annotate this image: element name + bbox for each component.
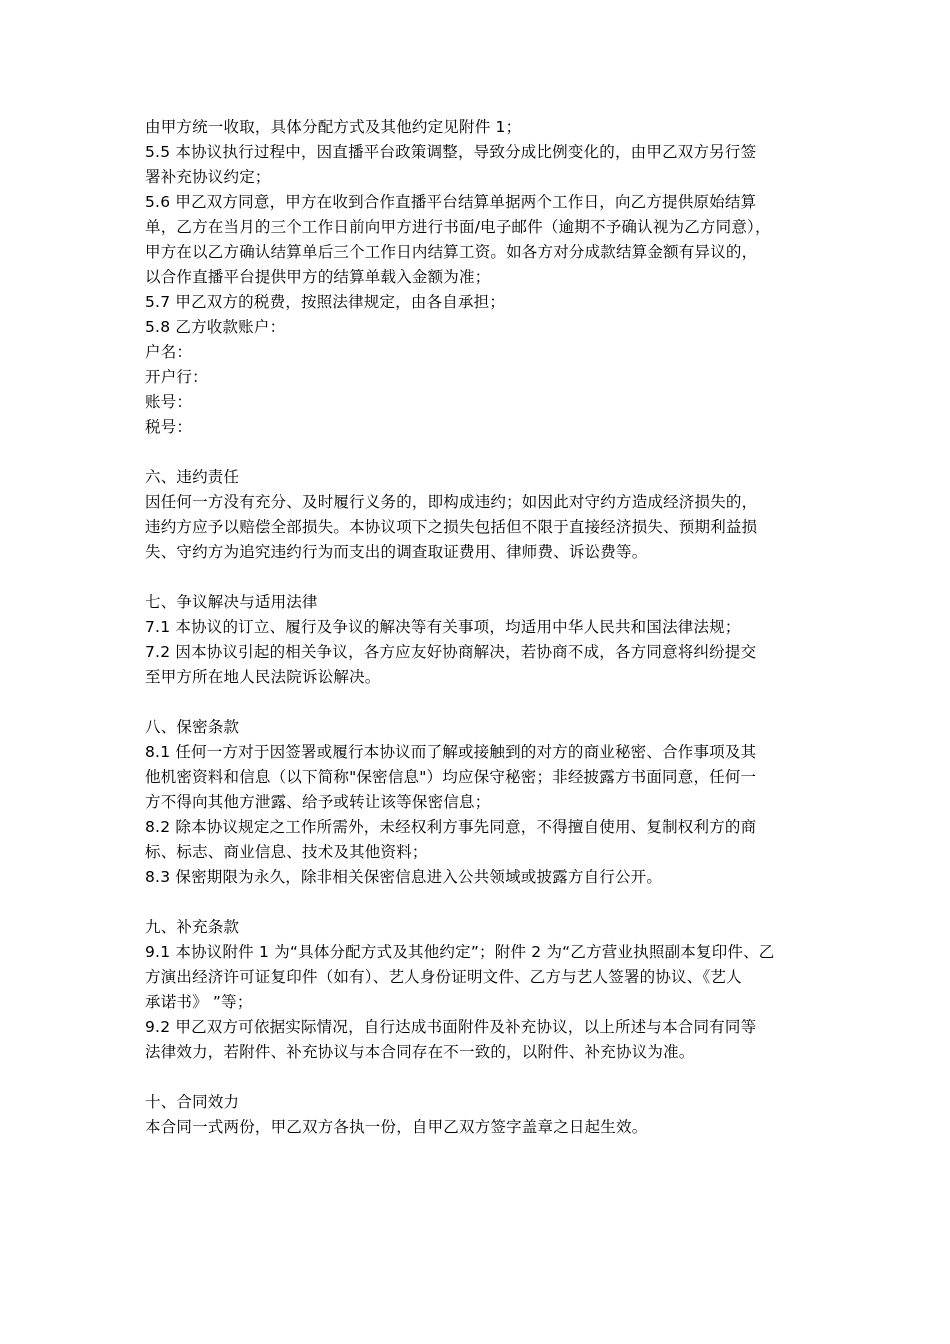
section-6: 六、违约责任 因任何一方没有充分、及时履行义务的，即构成违约；如因此对守约方造成… [145, 465, 825, 565]
account-number-label: 账号： [145, 390, 825, 415]
clause-5-8: 5.8 乙方收款账户： [145, 315, 825, 340]
section-heading: 九、补充条款 [145, 915, 825, 940]
paragraph-line: 违约方应予以赔偿全部损失。本协议项下之损失包括但不限于直接经济损失、预期利益损 [145, 515, 825, 540]
paragraph-line: 方不得向其他方泄露、给予或转让该等保密信息； [145, 790, 825, 815]
spacer [145, 440, 825, 465]
bank-label: 开户行： [145, 365, 825, 390]
spacer [145, 565, 825, 590]
paragraph-line: 他机密资料和信息（以下简称"保密信息"）均应保守秘密；非经披露方书面同意，任何一 [145, 765, 825, 790]
paragraph-line: 因任何一方没有充分、及时履行义务的，即构成违约；如因此对守约方造成经济损失的， [145, 490, 825, 515]
document-page: 由甲方统一收取，具体分配方式及其他约定见附件 1； 5.5 本协议执行过程中，因… [145, 115, 825, 1140]
clause-8-1: 8.1 任何一方对于因签署或履行本协议而了解或接触到的对方的商业秘密、合作事项及… [145, 740, 825, 765]
clause-9-1: 9.1 本协议附件 1 为“具体分配方式及其他约定”；附件 2 为“乙方营业执照… [145, 940, 825, 965]
section-heading: 六、违约责任 [145, 465, 825, 490]
section-heading: 八、保密条款 [145, 715, 825, 740]
section-9: 九、补充条款 9.1 本协议附件 1 为“具体分配方式及其他约定”；附件 2 为… [145, 915, 825, 1065]
paragraph-line: 至甲方所在地人民法院诉讼解决。 [145, 665, 825, 690]
paragraph-line: 单，乙方在当月的三个工作日前向甲方进行书面/电子邮件（逾期不予确认视为乙方同意）… [145, 215, 825, 240]
paragraph-line: 标、标志、商业信息、技术及其他资料； [145, 840, 825, 865]
clause-5-5: 5.5 本协议执行过程中，因直播平台政策调整，导致分成比例变化的，由甲乙双方另行… [145, 140, 825, 165]
section-7: 七、争议解决与适用法律 7.1 本协议的订立、履行及争议的解决等有关事项，均适用… [145, 590, 825, 690]
clause-9-2: 9.2 甲乙双方可依据实际情况，自行达成书面附件及补充协议，以上所述与本合同有同… [145, 1015, 825, 1040]
account-name-label: 户名： [145, 340, 825, 365]
clause-8-2: 8.2 除本协议规定之工作所需外，未经权利方事先同意，不得擅自使用、复制权利方的… [145, 815, 825, 840]
section-10: 十、合同效力 本合同一式两份，甲乙双方各执一份，自甲乙双方签字盖章之日起生效。 [145, 1090, 825, 1140]
paragraph-line: 以合作直播平台提供甲方的结算单载入金额为准； [145, 265, 825, 290]
section-heading: 十、合同效力 [145, 1090, 825, 1115]
section-5-continued: 由甲方统一收取，具体分配方式及其他约定见附件 1； 5.5 本协议执行过程中，因… [145, 115, 825, 440]
section-heading: 七、争议解决与适用法律 [145, 590, 825, 615]
spacer [145, 890, 825, 915]
clause-5-6: 5.6 甲乙双方同意，甲方在收到合作直播平台结算单据两个工作日，向乙方提供原始结… [145, 190, 825, 215]
spacer [145, 1065, 825, 1090]
paragraph-line: 由甲方统一收取，具体分配方式及其他约定见附件 1； [145, 115, 825, 140]
paragraph-line: 方演出经济许可证复印件（如有）、艺人身份证明文件、乙方与艺人签署的协议、《艺人 [145, 965, 825, 990]
paragraph-line: 甲方在以乙方确认结算单后三个工作日内结算工资。如各方对分成款结算金额有异议的， [145, 240, 825, 265]
paragraph-line: 本合同一式两份，甲乙双方各执一份，自甲乙双方签字盖章之日起生效。 [145, 1115, 825, 1140]
clause-7-2: 7.2 因本协议引起的相关争议，各方应友好协商解决，若协商不成，各方同意将纠纷提… [145, 640, 825, 665]
paragraph-line: 法律效力，若附件、补充协议与本合同存在不一致的，以附件、补充协议为准。 [145, 1040, 825, 1065]
clause-8-3: 8.3 保密期限为永久，除非相关保密信息进入公共领域或披露方自行公开。 [145, 865, 825, 890]
paragraph-line: 承诺书》 ”等； [145, 990, 825, 1015]
tax-number-label: 税号： [145, 415, 825, 440]
clause-7-1: 7.1 本协议的订立、履行及争议的解决等有关事项，均适用中华人民共和国法律法规； [145, 615, 825, 640]
section-8: 八、保密条款 8.1 任何一方对于因签署或履行本协议而了解或接触到的对方的商业秘… [145, 715, 825, 890]
paragraph-line: 署补充协议约定； [145, 165, 825, 190]
spacer [145, 690, 825, 715]
paragraph-line: 失、守约方为追究违约行为而支出的调查取证费用、律师费、诉讼费等。 [145, 540, 825, 565]
clause-5-7: 5.7 甲乙双方的税费，按照法律规定，由各自承担； [145, 290, 825, 315]
